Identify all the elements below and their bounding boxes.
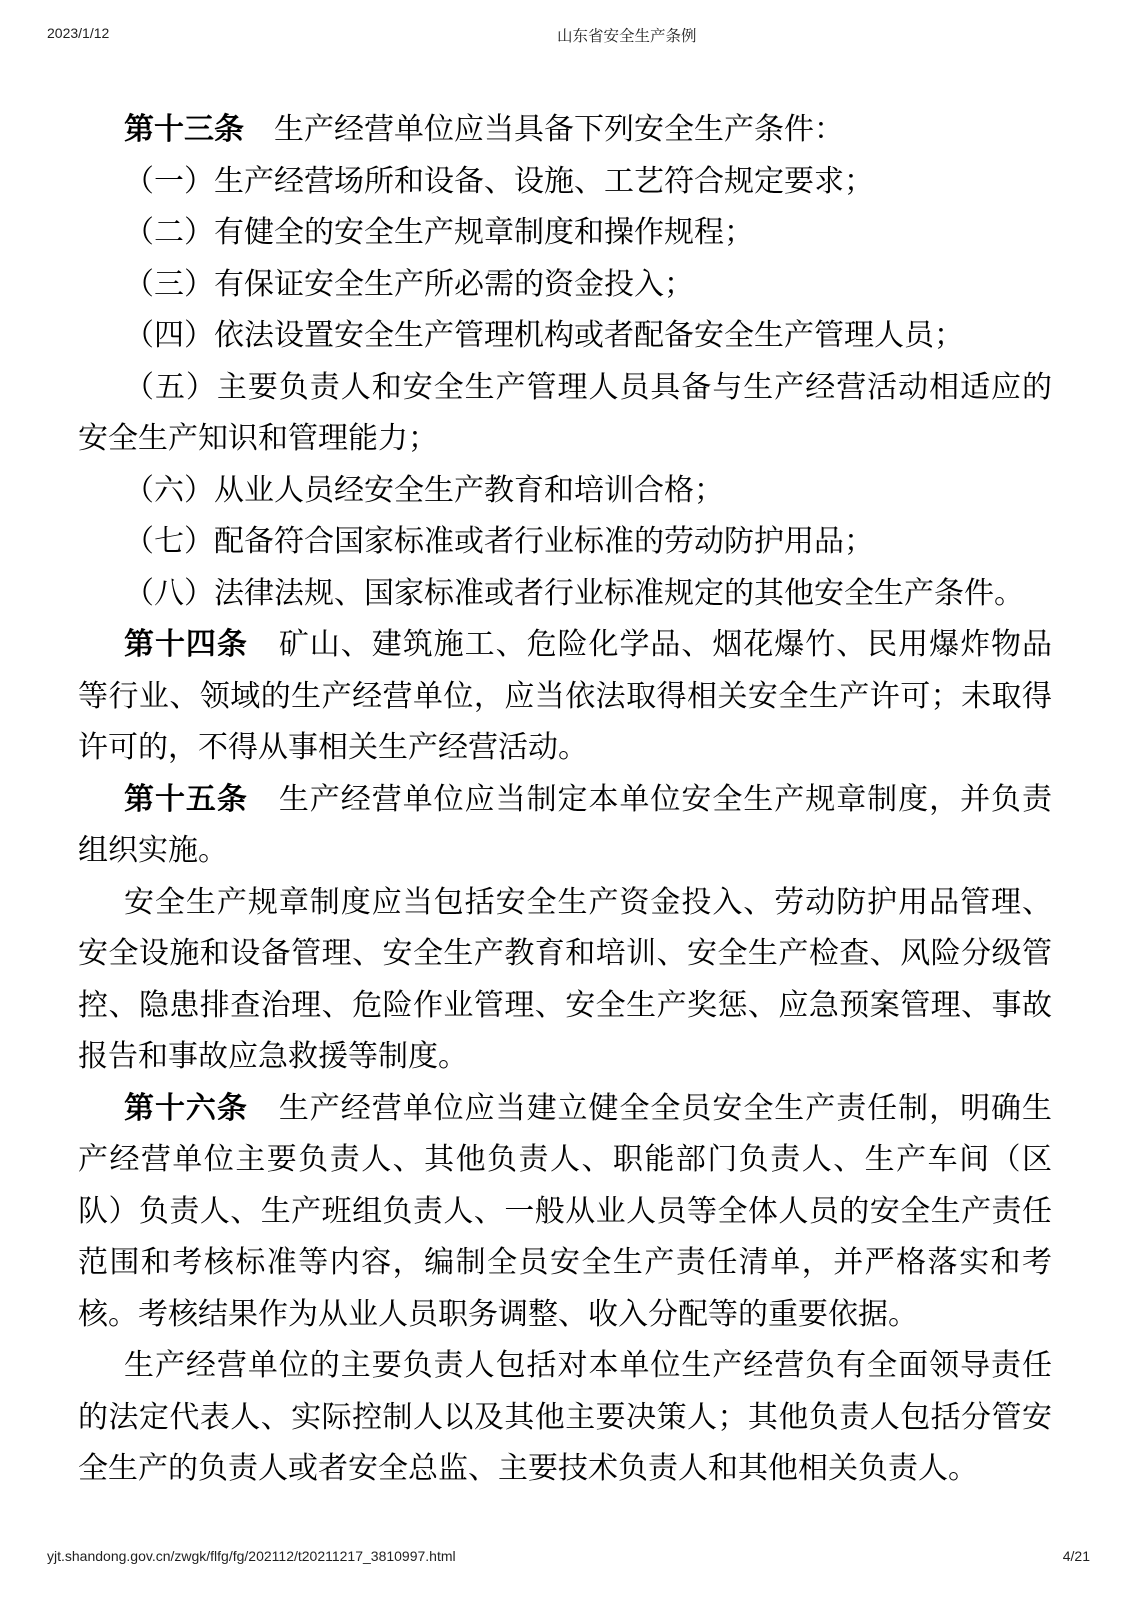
item-text: （六）从业人员经安全生产教育和培训合格； bbox=[124, 473, 724, 508]
article-13-item-5: （五）主要负责人和安全生产管理人员具备与生产经营活动相适应的安全生产知识和管理能… bbox=[78, 362, 1052, 465]
print-footer-url: yjt.shandong.gov.cn/zwgk/flfg/fg/202112/… bbox=[47, 1548, 456, 1564]
article-15-number: 第十五条 bbox=[124, 782, 248, 817]
print-header-date: 2023/1/12 bbox=[47, 25, 109, 41]
article-16-number: 第十六条 bbox=[124, 1091, 248, 1126]
article-13-item-4: （四）依法设置安全生产管理机构或者配备安全生产管理人员； bbox=[78, 310, 1052, 362]
article-15-text-2: 安全生产规章制度应当包括安全生产资金投入、劳动防护用品管理、安全设施和设备管理、… bbox=[78, 885, 1052, 1075]
article-13-number: 第十三条 bbox=[124, 112, 244, 147]
article-13-item-8: （八）法律法规、国家标准或者行业标准规定的其他安全生产条件。 bbox=[78, 568, 1052, 620]
article-16-paragraph-2: 生产经营单位的主要负责人包括对本单位生产经营负有全面领导责任的法定代表人、实际控… bbox=[78, 1340, 1052, 1495]
article-13-item-1: （一）生产经营场所和设备、设施、工艺符合规定要求； bbox=[78, 156, 1052, 208]
article-13-item-2: （二）有健全的安全生产规章制度和操作规程； bbox=[78, 207, 1052, 259]
article-15-paragraph-2: 安全生产规章制度应当包括安全生产资金投入、劳动防护用品管理、安全设施和设备管理、… bbox=[78, 877, 1052, 1083]
article-14-number: 第十四条 bbox=[124, 627, 248, 662]
article-14-paragraph: 第十四条 矿山、建筑施工、危险化学品、烟花爆竹、民用爆炸物品等行业、领域的生产经… bbox=[78, 619, 1052, 774]
item-text: （三）有保证安全生产所必需的资金投入； bbox=[124, 267, 694, 302]
document-page: 2023/1/12 山东省安全生产条例 第十三条 生产经营单位应当具备下列安全生… bbox=[0, 0, 1131, 1600]
print-footer-page-number: 4/21 bbox=[1063, 1548, 1090, 1564]
article-16-text-2: 生产经营单位的主要负责人包括对本单位生产经营负有全面领导责任的法定代表人、实际控… bbox=[78, 1348, 1052, 1486]
item-text: （七）配备符合国家标准或者行业标准的劳动防护用品； bbox=[124, 524, 874, 559]
item-text: （八）法律法规、国家标准或者行业标准规定的其他安全生产条件。 bbox=[124, 576, 1024, 611]
document-body: 第十三条 生产经营单位应当具备下列安全生产条件： （一）生产经营场所和设备、设施… bbox=[78, 104, 1052, 1495]
article-15-paragraph: 第十五条 生产经营单位应当制定本单位安全生产规章制度，并负责组织实施。 bbox=[78, 774, 1052, 877]
article-13-item-6: （六）从业人员经安全生产教育和培训合格； bbox=[78, 465, 1052, 517]
article-13-item-3: （三）有保证安全生产所必需的资金投入； bbox=[78, 259, 1052, 311]
article-13-item-7: （七）配备符合国家标准或者行业标准的劳动防护用品； bbox=[78, 516, 1052, 568]
article-16-paragraph: 第十六条 生产经营单位应当建立健全全员安全生产责任制，明确生产经营单位主要负责人… bbox=[78, 1083, 1052, 1341]
item-text: （四）依法设置安全生产管理机构或者配备安全生产管理人员； bbox=[124, 318, 964, 353]
article-13-text: 生产经营单位应当具备下列安全生产条件： bbox=[244, 112, 844, 147]
item-text: （五）主要负责人和安全生产管理人员具备与生产经营活动相适应的安全生产知识和管理能… bbox=[78, 370, 1052, 457]
article-16-text: 生产经营单位应当建立健全全员安全生产责任制，明确生产经营单位主要负责人、其他负责… bbox=[78, 1091, 1052, 1332]
page-title: 山东省安全生产条例 bbox=[557, 24, 697, 46]
item-text: （二）有健全的安全生产规章制度和操作规程； bbox=[124, 215, 754, 250]
article-13-heading: 第十三条 生产经营单位应当具备下列安全生产条件： bbox=[78, 104, 1052, 156]
item-text: （一）生产经营场所和设备、设施、工艺符合规定要求； bbox=[124, 164, 874, 199]
